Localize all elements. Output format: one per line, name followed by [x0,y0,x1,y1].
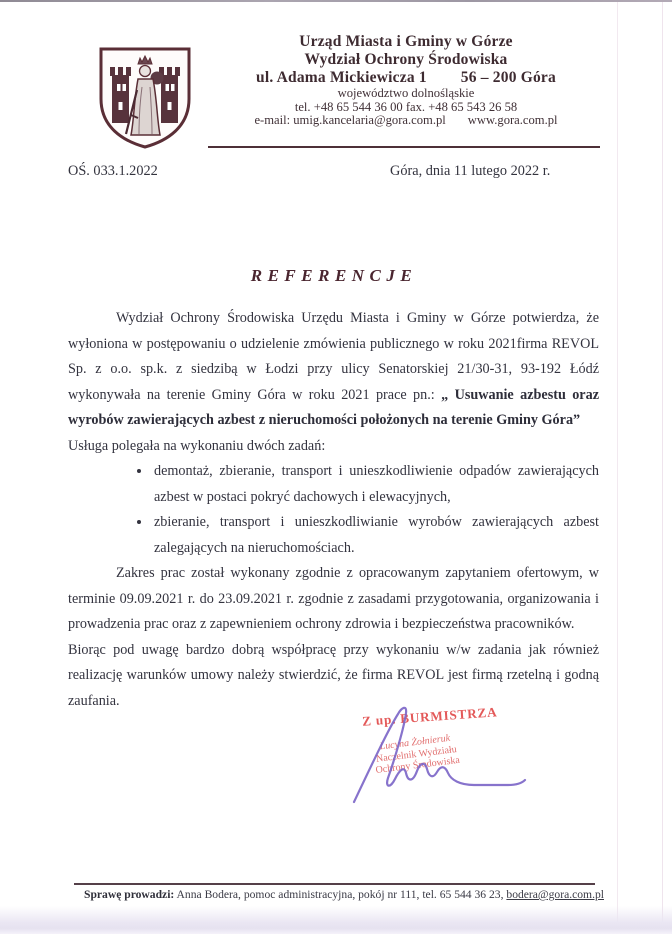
footer-contact-text: Anna Bodera, pomoc administracyjna, pokó… [174,888,506,901]
footer-divider [74,883,595,885]
case-number: OŚ. 033.1.2022 [68,163,158,180]
scan-artifact-line [617,2,618,930]
document-title: REFERENCJE [68,266,600,286]
paragraph-1: Wydział Ochrony Środowiska Urzędu Miasta… [68,306,599,434]
email-web-line: e-mail: umig.kancelaria@gora.com.plwww.g… [215,114,597,128]
org-name-line1: Urząd Miasta i Gminy w Górze [215,33,597,51]
header-divider [208,146,600,148]
meta-row: OŚ. 033.1.2022 Góra, dnia 11 lutego 2022… [68,163,602,185]
list-item: zbieranie, transport i unieszkodliwianie… [152,510,599,561]
bullet-2-text: zbieranie, transport i unieszkodliwianie… [154,514,599,556]
scan-bottom-shadow [0,906,672,934]
footer-label: Sprawę prowadzi: [84,888,174,901]
scan-top-edge [0,0,672,2]
bullet-1-text: demontaż, zbieranie, transport i unieszk… [154,463,599,505]
signature-area: Z up. BURMISTRZA Lucyna Żołnieruk Naczel… [338,700,573,820]
letter-body: Wydział Ochrony Środowiska Urzędu Miasta… [68,306,599,714]
date-line: Góra, dnia 11 lutego 2022 r. [390,163,550,180]
letterhead: Urząd Miasta i Gminy w Górze Wydział Och… [215,33,597,128]
footer-email: bodera@gora.com.pl [506,888,604,901]
address-street: ul. Adama Mickiewicza 1 [256,69,427,86]
handwritten-signature [338,702,548,817]
paragraph-2: Usługa polegała na wykonaniu dwóch zadań… [68,434,599,460]
website-text: www.gora.com.pl [468,113,558,127]
scanned-letter-page: Urząd Miasta i Gminy w Górze Wydział Och… [0,0,672,950]
scan-artifact-line [662,2,663,930]
email-text: e-mail: umig.kancelaria@gora.com.pl [254,113,445,127]
gora-coat-of-arms-icon [93,42,197,157]
list-item: demontaż, zbieranie, transport i unieszk… [152,459,599,510]
address-postal: 56 – 200 Góra [461,69,556,86]
voivodeship-line: województwo dolnośląskie [215,87,597,101]
phone-fax-line: tel. +48 65 544 36 00 fax. +48 65 543 26… [215,101,597,115]
task-list: demontaż, zbieranie, transport i unieszk… [68,459,599,561]
org-name-line2: Wydział Ochrony Środowiska [215,51,597,69]
org-address-line: ul. Adama Mickiewicza 156 – 200 Góra [215,69,597,87]
paragraph-3: Zakres prac został wykonany zgodnie z op… [68,561,599,638]
footer-contact-line: Sprawę prowadzi: Anna Bodera, pomoc admi… [84,888,644,901]
